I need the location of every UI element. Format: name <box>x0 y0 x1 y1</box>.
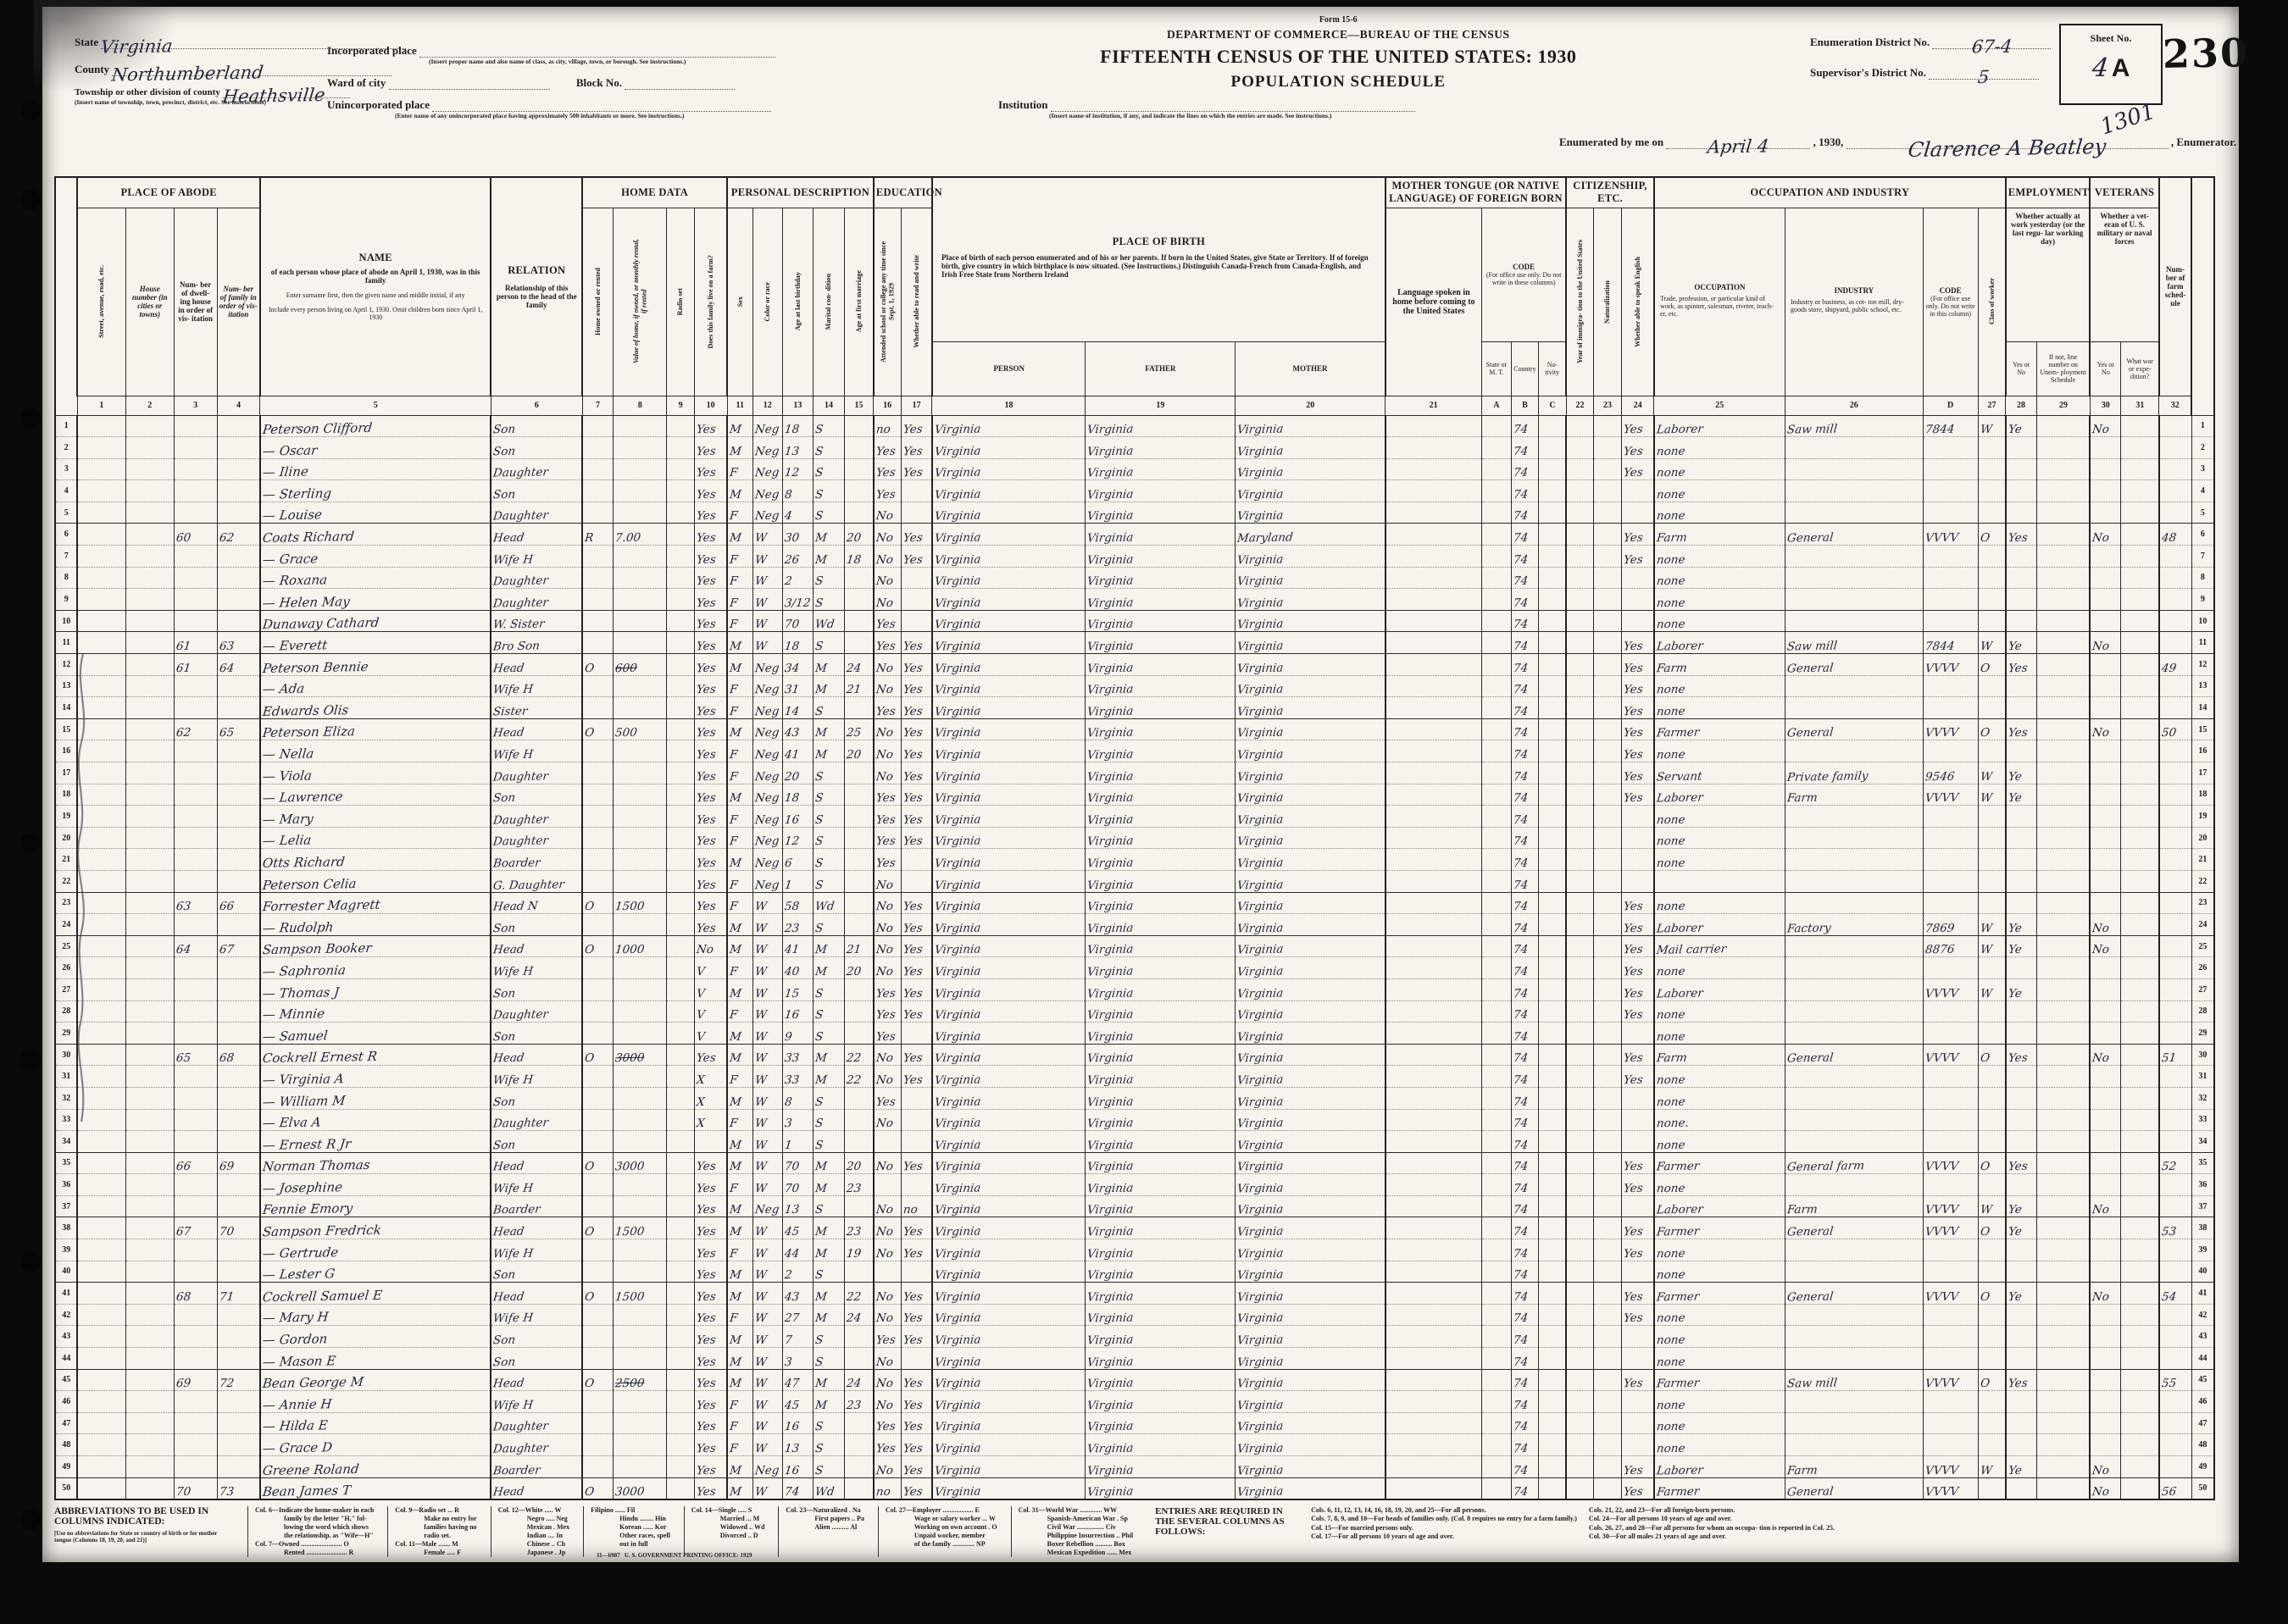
cell-empln <box>2036 718 2090 740</box>
cell-radio <box>667 1109 695 1131</box>
cell-home <box>582 1261 614 1283</box>
cell-war <box>2121 1023 2159 1045</box>
table-row: 32— William MSonXMW8SYesVirginiaVirginia… <box>55 1087 2214 1109</box>
cell-occ: Farmer <box>1654 1283 1785 1305</box>
cell-house <box>125 654 174 676</box>
cell-nat <box>1594 1412 1622 1434</box>
cell-street <box>77 480 125 502</box>
cell-nat <box>1594 502 1622 524</box>
cell-emp <box>2006 1304 2037 1326</box>
cell-value: 3000 <box>614 1477 667 1499</box>
cell-empln <box>2036 1326 2090 1348</box>
cell-ind: General <box>1785 654 1923 676</box>
cell-cls <box>1978 957 2006 979</box>
cell-lang <box>1386 1000 1482 1023</box>
cell-imm <box>1566 718 1594 740</box>
cell-dwelling <box>174 957 217 979</box>
cell-name: — Annie H <box>260 1391 491 1413</box>
name-sub2: Enter surname first, then the given name… <box>263 291 488 299</box>
cell-vet <box>2090 546 2121 568</box>
cell-occ: none <box>1654 1000 1785 1023</box>
cell-bp: Virginia <box>932 1304 1086 1326</box>
cell-cls <box>1978 675 2006 697</box>
group-employment: EMPLOYMENT <box>2006 177 2091 208</box>
cell-ind <box>1785 1304 1923 1326</box>
cell-race: W <box>753 1434 783 1456</box>
cell-name: Otts Richard <box>260 849 491 871</box>
cell-empln <box>2036 1044 2090 1066</box>
cell-ind <box>1785 1023 1923 1045</box>
cell-name: — Thomas J <box>260 978 491 1000</box>
table-row: 36— JosephineWife HYesFW70M23VirginiaVir… <box>55 1174 2214 1196</box>
row-number-left: 12 <box>55 654 77 676</box>
cell-cc <box>1539 892 1567 914</box>
cell-eng <box>1621 610 1654 632</box>
row-number-left: 7 <box>55 546 77 568</box>
cell-agem <box>844 458 874 480</box>
cell-vet <box>2090 870 2121 892</box>
cell-occ: none <box>1654 957 1785 979</box>
cell-ca <box>1482 870 1512 892</box>
cell-relation: Wife H <box>491 957 582 979</box>
gpo-line: U. S. GOVERNMENT PRINTING OFFICE: 1929 <box>625 1552 752 1559</box>
cell-family <box>217 762 260 784</box>
cell-nat <box>1594 437 1622 459</box>
cell-ca <box>1482 546 1512 568</box>
row-number-right: 34 <box>2191 1131 2214 1153</box>
column-house-number: House number (in cities or towns) <box>125 208 174 396</box>
cell-race: W <box>753 1152 783 1174</box>
cell-age: 13 <box>782 437 814 459</box>
cell-family <box>217 978 260 1000</box>
cell-name: — Louise <box>260 502 491 524</box>
cell-marital: S <box>814 870 845 892</box>
cell-bp: Virginia <box>932 458 1086 480</box>
cell-fs: 48 <box>2159 524 2192 546</box>
cell-cd: VVVV <box>1923 1152 1978 1174</box>
cell-bf: Virginia <box>1086 1217 1236 1239</box>
cell-vet <box>2090 458 2121 480</box>
cell-cb: 74 <box>1511 675 1539 697</box>
cell-name: — Josephine <box>260 1174 491 1196</box>
cell-fs <box>2159 437 2192 459</box>
cell-house <box>125 806 174 828</box>
cell-street <box>77 1456 125 1478</box>
cell-cls <box>1978 1131 2006 1153</box>
cell-nat <box>1594 610 1622 632</box>
cell-value <box>614 1391 667 1413</box>
cell-cb: 74 <box>1511 1477 1539 1499</box>
occupation-description: Trade, profession, or particular kind of… <box>1660 295 1780 318</box>
cell-read: Yes <box>901 1304 932 1326</box>
cell-family <box>217 1348 260 1370</box>
cell-radio <box>667 1000 695 1023</box>
cell-farm: Yes <box>694 806 727 828</box>
cell-race: Neg <box>753 1195 783 1217</box>
cell-home <box>582 1434 614 1456</box>
cell-cd <box>1923 1304 1978 1326</box>
cell-imm <box>1566 654 1594 676</box>
cell-dwelling <box>174 1239 217 1261</box>
cell-dwelling <box>174 1348 217 1370</box>
cell-ind <box>1785 1326 1923 1348</box>
cell-house <box>125 502 174 524</box>
cell-house <box>125 589 174 611</box>
cell-bm: Virginia <box>1236 1195 1386 1217</box>
cell-cls: W <box>1978 1195 2006 1217</box>
column-number: 22 <box>1566 396 1594 415</box>
cell-eng: Yes <box>1621 437 1654 459</box>
cell-radio <box>667 1023 695 1045</box>
cell-cc <box>1539 1261 1567 1283</box>
cell-emp: Yes <box>2006 1152 2037 1174</box>
cell-sex: F <box>727 697 752 719</box>
cell-occ: Laborer <box>1654 415 1785 437</box>
cell-name: — Gertrude <box>260 1239 491 1261</box>
cell-fs <box>2159 762 2192 784</box>
cell-cls: W <box>1978 914 2006 936</box>
cell-read: Yes <box>901 458 932 480</box>
cell-agem <box>844 1456 874 1478</box>
group-place-of-birth: PLACE OF BIRTH Place of birth of each pe… <box>932 177 1386 341</box>
cell-marital: S <box>814 1131 845 1153</box>
cell-emp: Ye <box>2006 415 2037 437</box>
cell-sex: F <box>727 1412 752 1434</box>
row-number-right: 44 <box>2191 1348 2214 1370</box>
cell-fs <box>2159 675 2192 697</box>
cell-value <box>614 1304 667 1326</box>
cell-vet <box>2090 1412 2121 1434</box>
cell-dwelling <box>174 610 217 632</box>
cell-street <box>77 1023 125 1045</box>
cell-cls <box>1978 480 2006 502</box>
cell-lang <box>1386 740 1482 762</box>
cell-cb: 74 <box>1511 610 1539 632</box>
cell-house <box>125 1239 174 1261</box>
cell-bm: Virginia <box>1236 718 1386 740</box>
cell-dwelling: 67 <box>174 1217 217 1239</box>
cell-cb: 74 <box>1511 1131 1539 1153</box>
cell-age: 15 <box>782 978 814 1000</box>
cell-cd <box>1923 740 1978 762</box>
cell-home <box>582 740 614 762</box>
cell-name: — Sterling <box>260 480 491 502</box>
cell-house <box>125 1152 174 1174</box>
cell-eng: Yes <box>1621 957 1654 979</box>
cell-cc <box>1539 502 1567 524</box>
cell-war <box>2121 1131 2159 1153</box>
cell-name: — Minnie <box>260 1000 491 1023</box>
cell-bp: Virginia <box>932 1477 1086 1499</box>
cell-radio <box>667 806 695 828</box>
cell-farm: Yes <box>694 480 727 502</box>
cell-cc <box>1539 1195 1567 1217</box>
cell-eng: Yes <box>1621 415 1654 437</box>
cell-eng <box>1621 1087 1654 1109</box>
cell-cd <box>1923 458 1978 480</box>
column-school: Attended school or college any time sinc… <box>874 208 902 396</box>
cell-war <box>2121 1261 2159 1283</box>
cell-school: No <box>874 1456 902 1478</box>
cell-vet <box>2090 1239 2121 1261</box>
cell-race: Neg <box>753 827 783 849</box>
cell-war <box>2121 1326 2159 1348</box>
cell-nat <box>1594 914 1622 936</box>
column-number: 4 <box>217 396 260 415</box>
cell-family <box>217 1239 260 1261</box>
cell-value <box>614 978 667 1000</box>
cell-read: Yes <box>901 1000 932 1023</box>
cell-eng: Yes <box>1621 1239 1654 1261</box>
cell-bm: Virginia <box>1236 784 1386 806</box>
cell-school: No <box>874 1283 902 1305</box>
enumerator-signature: Clarence A Beatley <box>1907 135 2107 162</box>
row-number-right: 18 <box>2191 784 2214 806</box>
column-number: D <box>1923 396 1978 415</box>
cell-family <box>217 589 260 611</box>
cell-occ: none <box>1654 437 1785 459</box>
cell-emp <box>2006 740 2037 762</box>
cell-cd <box>1923 957 1978 979</box>
cell-ind <box>1785 1412 1923 1434</box>
cell-bm: Virginia <box>1236 610 1386 632</box>
cell-ind: Saw mill <box>1785 415 1923 437</box>
cell-occ: none <box>1654 675 1785 697</box>
cell-imm <box>1566 978 1594 1000</box>
row-number-right: 1 <box>2191 415 2214 437</box>
cell-vet <box>2090 1152 2121 1174</box>
cell-street <box>77 978 125 1000</box>
cell-race: Neg <box>753 762 783 784</box>
radio-set-label: Radio set <box>676 288 684 316</box>
cell-cd: VVVV <box>1923 1369 1978 1391</box>
cell-occ: none <box>1654 892 1785 914</box>
cell-war <box>2121 1434 2159 1456</box>
cell-cls <box>1978 1304 2006 1326</box>
cell-sex: M <box>727 1195 752 1217</box>
cell-cc <box>1539 1217 1567 1239</box>
cell-war <box>2121 892 2159 914</box>
cell-relation: Wife H <box>491 1066 582 1088</box>
row-number-left: 36 <box>55 1174 77 1196</box>
cell-dwelling: 61 <box>174 632 217 654</box>
cell-bf: Virginia <box>1086 546 1236 568</box>
cell-name: Greene Roland <box>260 1456 491 1478</box>
cell-emp <box>2006 1000 2037 1023</box>
row-number-right: 22 <box>2191 870 2214 892</box>
cell-relation: Head <box>491 1152 582 1174</box>
cell-radio <box>667 892 695 914</box>
cell-vet <box>2090 957 2121 979</box>
cell-eng <box>1621 589 1654 611</box>
column-number: 29 <box>2036 396 2090 415</box>
cell-relation: Son <box>491 914 582 936</box>
cell-nat <box>1594 675 1622 697</box>
cell-marital: S <box>814 437 845 459</box>
cell-occ: Laborer <box>1654 978 1785 1000</box>
column-birthplace-mother: MOTHER <box>1236 341 1386 396</box>
cell-read: Yes <box>901 697 932 719</box>
cell-occ: none <box>1654 1412 1785 1434</box>
cell-family <box>217 610 260 632</box>
cell-occ: Farmer <box>1654 1217 1785 1239</box>
cell-name: — Elva A <box>260 1109 491 1131</box>
naturalization-label: Naturalization <box>1603 280 1611 324</box>
cell-ca <box>1482 978 1512 1000</box>
cell-cls <box>1978 437 2006 459</box>
cell-dwelling: 63 <box>174 892 217 914</box>
cell-relation: Son <box>491 784 582 806</box>
cell-ind: Farm <box>1785 1456 1923 1478</box>
cell-dwelling: 61 <box>174 654 217 676</box>
cell-family <box>217 458 260 480</box>
cell-vet <box>2090 827 2121 849</box>
cell-bp: Virginia <box>932 480 1086 502</box>
cell-home <box>582 1391 614 1413</box>
row-number-right: 48 <box>2191 1434 2214 1456</box>
row-number-left: 45 <box>55 1369 77 1391</box>
cell-bp: Virginia <box>932 1283 1086 1305</box>
cell-marital: M <box>814 718 845 740</box>
cell-value <box>614 806 667 828</box>
cell-school: Yes <box>874 1434 902 1456</box>
row-number-right: 19 <box>2191 806 2214 828</box>
table-row: 49Greene RolandBoarderYesMNeg16SNoYesVir… <box>55 1456 2214 1478</box>
cell-cc <box>1539 1391 1567 1413</box>
cell-cb: 74 <box>1511 415 1539 437</box>
cell-marital: S <box>814 632 845 654</box>
cell-agem <box>844 914 874 936</box>
cell-lang <box>1386 1174 1482 1196</box>
cell-occ: none <box>1654 610 1785 632</box>
column-number: C <box>1539 396 1567 415</box>
cell-dwelling: 65 <box>174 1044 217 1066</box>
cell-relation: G. Daughter <box>491 870 582 892</box>
row-number-left: 15 <box>55 718 77 740</box>
cell-relation: Wife H <box>491 546 582 568</box>
cell-imm <box>1566 1174 1594 1196</box>
cell-imm <box>1566 1477 1594 1499</box>
cell-cd <box>1923 849 1978 871</box>
cell-value: 1500 <box>614 1217 667 1239</box>
cell-family: 73 <box>217 1477 260 1499</box>
cell-street <box>77 1326 125 1348</box>
cell-cb: 74 <box>1511 1326 1539 1348</box>
column-number: 31 <box>2121 396 2159 415</box>
township-label: Township or other division of county <box>75 87 220 97</box>
cell-cls: O <box>1978 654 2006 676</box>
cell-cc <box>1539 415 1567 437</box>
entries-rule: Cols. 6, 11, 12, 13, 14, 16, 18, 19, 20,… <box>1311 1506 1577 1515</box>
cell-cls: W <box>1978 978 2006 1000</box>
cell-fs <box>2159 849 2192 871</box>
cell-race: W <box>753 1109 783 1131</box>
cell-empln <box>2036 1412 2090 1434</box>
cell-lang <box>1386 1456 1482 1478</box>
cell-farm: No <box>694 935 727 957</box>
abbreviations-title-block: ABBREVIATIONS TO BE USED IN COLUMNS INDI… <box>54 1506 232 1557</box>
cell-eng: Yes <box>1621 978 1654 1000</box>
cell-emp <box>2006 480 2037 502</box>
cell-cc <box>1539 1152 1567 1174</box>
cell-school: No <box>874 1044 902 1066</box>
cell-imm <box>1566 524 1594 546</box>
cell-home <box>582 1195 614 1217</box>
cell-lang <box>1386 697 1482 719</box>
cell-cc <box>1539 1456 1567 1478</box>
cell-age: 34 <box>782 654 814 676</box>
cell-war <box>2121 740 2159 762</box>
cell-ca <box>1482 1087 1512 1109</box>
cell-agem: 23 <box>844 1391 874 1413</box>
cell-lang <box>1386 1131 1482 1153</box>
group-home-data: HOME DATA <box>582 177 727 208</box>
cell-emp: Ye <box>2006 1456 2037 1478</box>
cell-value <box>614 567 667 589</box>
cell-empln <box>2036 480 2090 502</box>
cell-cc <box>1539 1109 1567 1131</box>
cell-ind <box>1785 1066 1923 1088</box>
cell-agem: 20 <box>844 524 874 546</box>
cell-marital: M <box>814 740 845 762</box>
code-columns-header: CODE (For office use only. Do not write … <box>1482 208 1567 341</box>
cell-read: Yes <box>901 1434 932 1456</box>
cell-street <box>77 892 125 914</box>
cell-house <box>125 849 174 871</box>
cell-eng <box>1621 502 1654 524</box>
cell-home <box>582 458 614 480</box>
cell-age: 4 <box>782 502 814 524</box>
row-number-left: 31 <box>55 1066 77 1088</box>
cell-ind: Private family <box>1785 762 1923 784</box>
cell-occ: none <box>1654 1174 1785 1196</box>
cell-ind <box>1785 589 1923 611</box>
race-label: Color or race <box>764 282 771 322</box>
cell-farm: Yes <box>694 740 727 762</box>
cell-cb: 74 <box>1511 1000 1539 1023</box>
cell-age: 45 <box>782 1217 814 1239</box>
cell-eng: Yes <box>1621 546 1654 568</box>
cell-fs <box>2159 1261 2192 1283</box>
row-number-right: 15 <box>2191 718 2214 740</box>
cell-farm: Yes <box>694 1304 727 1326</box>
cell-school: No <box>874 957 902 979</box>
cell-home <box>582 437 614 459</box>
enumerated-by-field: Enumerated by me on April 4 , 1930, Clar… <box>1559 136 2236 149</box>
cell-street <box>77 654 125 676</box>
cell-cd <box>1923 1174 1978 1196</box>
table-row: 20— LeliaDaughterYesFNeg12SYesYesVirgini… <box>55 827 2214 849</box>
cell-dwelling <box>174 1023 217 1045</box>
cell-agem <box>844 1023 874 1045</box>
cell-street <box>77 935 125 957</box>
cell-vet <box>2090 1066 2121 1088</box>
cell-agem <box>844 1412 874 1434</box>
cell-ca <box>1482 762 1512 784</box>
cell-ca <box>1482 524 1512 546</box>
cell-bp: Virginia <box>932 1369 1086 1391</box>
cell-family <box>217 1304 260 1326</box>
cell-lang <box>1386 1044 1482 1066</box>
cell-street <box>77 1304 125 1326</box>
table-row: 116163— EverettBro SonYesMW18SYesYesVirg… <box>55 632 2214 654</box>
punch-hole <box>20 190 41 210</box>
cell-house <box>125 697 174 719</box>
cell-sex: M <box>727 1217 752 1239</box>
cell-cc <box>1539 1434 1567 1456</box>
cell-imm <box>1566 1369 1594 1391</box>
cell-bp: Virginia <box>932 502 1086 524</box>
